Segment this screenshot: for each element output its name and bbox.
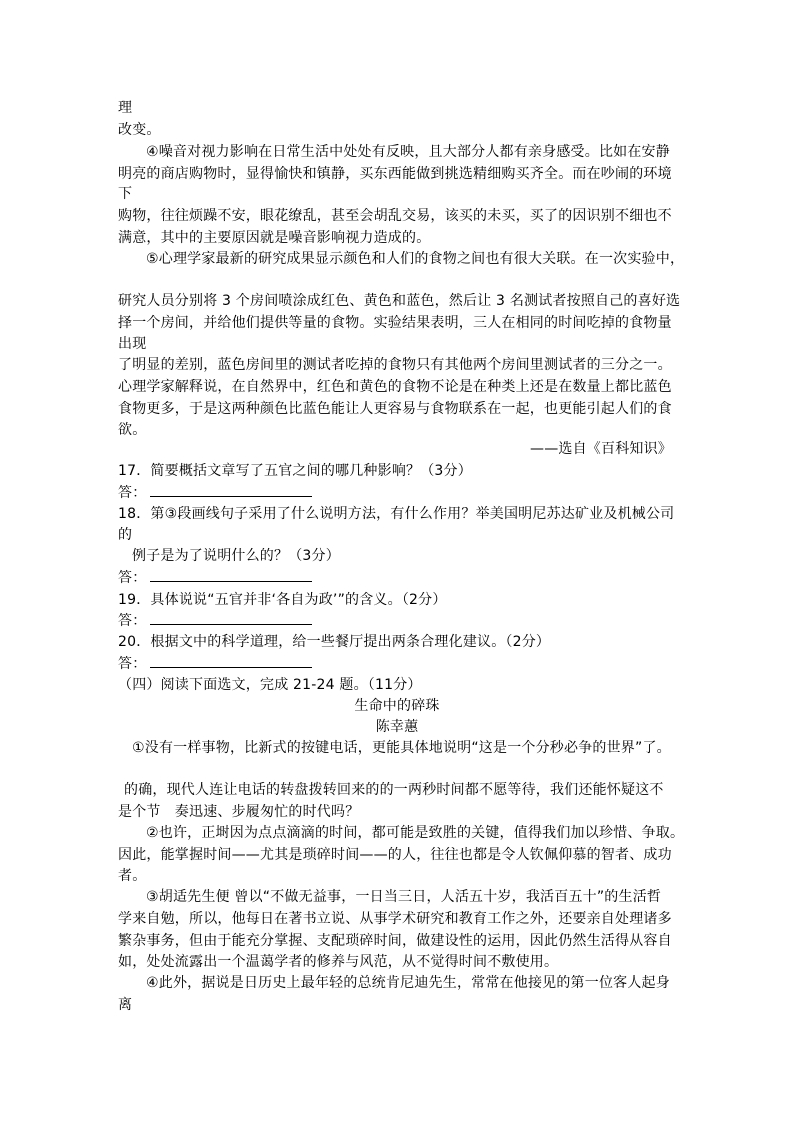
answer-label: 答： (118, 656, 146, 672)
essay-line: 繁杂事务，但由于能充分掌握、支配琐碎时间，做建设性的运用，因此仍然生活得从容自 (118, 930, 672, 952)
paragraph-4-line: 下 (118, 183, 132, 205)
answer-label: 答： (118, 485, 146, 501)
paragraph-5-line: 出现 (118, 333, 146, 355)
passage-line: 理 (118, 97, 132, 119)
answer-row-18: 答： (118, 567, 312, 589)
answer-blank-19[interactable] (150, 610, 312, 625)
essay-line: 学来自勉，所以，他每日在著书立说、从事学术研究和教育工作之外，还要亲自处理诸多 (118, 908, 672, 930)
paragraph-4-line: 满意，其中的主要原因就是噪音影响视力造成的。 (118, 227, 430, 249)
essay-line: 的确，现代人连让电话的转盘拨转回来的的一两秒时间都不愿等待，我们还能怀疑这不 (124, 779, 664, 801)
answer-blank-18[interactable] (150, 567, 312, 582)
question-18: 18．第③段画线句子采用了什么说明方法，有什么作用？举美国明尼苏达矿业及机械公司 (118, 503, 674, 525)
essay-line: 如，处处流露出一个温蔼学者的修养与风范，从不觉得时间不敷使用。 (118, 951, 558, 973)
paragraph-5-line: 心理学家解释说，在自然界中，红色和黄色的食物不论是在种类上还是在数量上都比蓝色 (118, 376, 672, 398)
answer-label: 答： (118, 613, 146, 629)
paragraph-4-line: 明亮的商店购物时，显得愉快和镇静，买东西能做到挑选精细购买齐全。而在吵闹的环境 (118, 163, 672, 185)
essay-line: ③胡适先生便 曾以“不做无益事，一日当三日，人活五十岁，我活百五十”的生活哲 (146, 886, 661, 908)
question-18-cont: 的 (118, 524, 132, 546)
source-citation: ——选自《百科知识》 (530, 438, 672, 460)
question-18-cont: 例子是为了说明什么的？（3分） (132, 545, 340, 567)
question-17: 17．简要概括文章写了五官之间的哪几种影响？（3分） (118, 460, 472, 482)
essay-line: ②也许，正埘因为点点滴滴的时间，都可能是致胜的关键，值得我们加以珍惜、争取。 (146, 822, 684, 844)
paragraph-5-line: 了明显的差别，蓝色房间里的测试者吃掉的食物只有其他两个房间里测试者的三分之一。 (118, 354, 672, 376)
answer-row-17: 答： (118, 482, 312, 504)
paragraph-5-line: 研究人员分别将 3 个房间喷涂成红色、黄色和蓝色，然后让 3 名测试者按照自己的… (118, 290, 680, 312)
essay-line: ④此外，据说是日历史上最年轻的总统肯尼迪先生，常常在他接见的第一位客人起身 (146, 972, 670, 994)
answer-blank-17[interactable] (150, 482, 312, 497)
paragraph-5-line: ⑤心理学家最新的研究成果显示颜色和人们的食物之间也有很大关联。在一次实验中， (146, 248, 684, 270)
essay-line: ①没有一样事物，比新式的按键电话，更能具体地说明“这是一个分秒必争的世界”了。 (132, 737, 671, 759)
question-20: 20．根据文中的科学道理，给一些餐厅提出两条合理化建议。（2分） (118, 631, 550, 653)
essay-line: 离 (118, 994, 132, 1016)
passage-line: 改变。 (118, 119, 161, 141)
paragraph-5-line: 欲。 (118, 419, 146, 441)
essay-line: 是个节 奏迅速、步履匆忙的时代吗？ (118, 801, 359, 823)
essay-author: 陈幸蕙 (0, 716, 794, 738)
paragraph-4-line: 购物，往往烦躁不安，眼花缭乱，甚至会胡乱交易，该买的未买，买了的因识别不细也不 (118, 205, 672, 227)
question-19: 19．具体说说“五官并非‘各自为政’”的含义。（2分） (118, 589, 447, 611)
answer-row-20: 答： (118, 653, 312, 675)
essay-line: 者。 (118, 865, 146, 887)
paragraph-4-line: ④噪音对视力影响在日常生活中处处有反映，且大部分人都有亲身感受。比如在安静 (146, 141, 670, 163)
answer-label: 答： (118, 570, 146, 586)
paragraph-5-line: 择一个房间，并给他们提供等量的食物。实验结果表明，三人在相同的时间吃掉的食物量 (118, 312, 672, 334)
answer-blank-20[interactable] (150, 653, 312, 668)
document-page: 理 改变。 ④噪音对视力影响在日常生活中处处有反映，且大部分人都有亲身感受。比如… (0, 0, 794, 1123)
essay-title: 生命中的碎珠 (0, 695, 794, 717)
section-4-heading: （四）阅读下面选文，完成 21-24 题。（11分） (118, 674, 422, 696)
paragraph-5-line: 食物更多，于是这两种颜色比蓝色能让人更容易与食物联系在一起，也更能引起人们的食 (118, 398, 672, 420)
answer-row-19: 答： (118, 610, 312, 632)
essay-line: 因此，能掌握时间——尤其是琐碎时间——的人，往往也都是令人钦佩仰慕的智者、成功 (118, 844, 672, 866)
